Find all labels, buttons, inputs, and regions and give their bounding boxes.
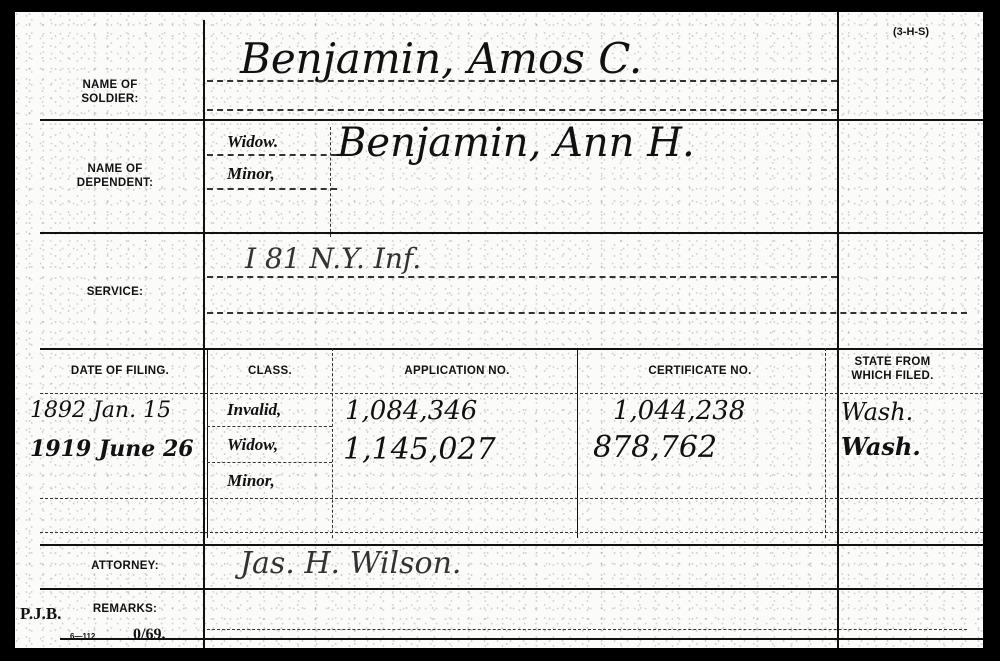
class-option-minor: Minor,: [227, 471, 275, 491]
table-line-3: [40, 498, 983, 499]
filing-1-state: Wash.: [841, 398, 913, 426]
certificate-column-left: [577, 348, 578, 538]
filing-1-date: 1892 Jan. 15: [30, 398, 171, 423]
dependent-type-widow: Widow.: [227, 132, 278, 152]
table-header-line: [40, 393, 983, 394]
certificate-column-right: [825, 348, 826, 538]
soldier-name: Benjamin, Amos C.: [240, 34, 642, 83]
filing-2-date: 1919 June 26: [30, 436, 194, 462]
state-column-divider: [837, 12, 839, 648]
service-line-1: [207, 276, 837, 278]
header-class: CLASS.: [210, 364, 330, 378]
attorney-name: Jas. H. Wilson.: [240, 546, 461, 581]
label-remarks: REMARKS:: [75, 602, 175, 616]
label-name-of-soldier: NAME OFSOLDIER:: [55, 78, 165, 106]
service-row-divider: [40, 348, 983, 350]
dependent-type-divider: [330, 127, 331, 237]
filing-1-application-no: 1,084,346: [345, 396, 477, 426]
header-certificate-no: CERTIFICATE NO.: [580, 364, 820, 378]
header-application-no: APPLICATION NO.: [337, 364, 577, 378]
filing-2-state: Wash.: [841, 432, 921, 461]
header-date-of-filing: DATE OF FILING.: [45, 364, 195, 378]
label-attorney: ATTORNEY:: [70, 559, 180, 573]
service-line-2: [207, 312, 967, 314]
class-line-2: [207, 462, 332, 463]
class-option-invalid: Invalid,: [227, 400, 281, 420]
label-service: SERVICE:: [70, 285, 160, 299]
stamp-initials: P.J.B.: [20, 604, 61, 624]
label-name-of-dependent: NAME OFDEPENDENT:: [55, 162, 175, 190]
dependent-line-1: [207, 154, 337, 156]
remarks-line: [207, 629, 967, 630]
remarks-bottom-divider: [60, 638, 983, 640]
table-bottom-divider: [40, 544, 983, 546]
stamp-mark: 0/69.: [133, 626, 165, 644]
dependent-line-2: [207, 188, 337, 190]
form-number: 6—112: [70, 632, 95, 641]
application-column-left: [332, 348, 333, 538]
pension-index-card: (3-H-S) NAME OFSOLDIER: Benjamin, Amos C…: [15, 12, 983, 648]
soldier-line-1: [207, 80, 837, 82]
class-column-left: [207, 348, 208, 538]
class-line-1: [207, 426, 332, 427]
dependent-row-divider: [40, 232, 983, 234]
soldier-line-2: [207, 109, 837, 111]
service-unit: I 81 N.Y. Inf.: [245, 242, 421, 275]
dependent-name: Benjamin, Ann H.: [337, 120, 695, 166]
table-line-4: [40, 532, 983, 533]
header-state-from-which-filed: STATE FROMWHICH FILED.: [835, 355, 950, 383]
attorney-row-divider: [40, 588, 983, 590]
form-code: (3-H-S): [893, 26, 929, 38]
filing-2-certificate-no: 878,762: [593, 430, 717, 465]
filing-1-certificate-no: 1,044,238: [613, 396, 745, 426]
label-column-divider: [203, 20, 205, 648]
dependent-type-minor: Minor,: [227, 164, 275, 184]
class-option-widow: Widow,: [227, 435, 278, 455]
filing-2-application-no: 1,145,027: [343, 432, 496, 467]
